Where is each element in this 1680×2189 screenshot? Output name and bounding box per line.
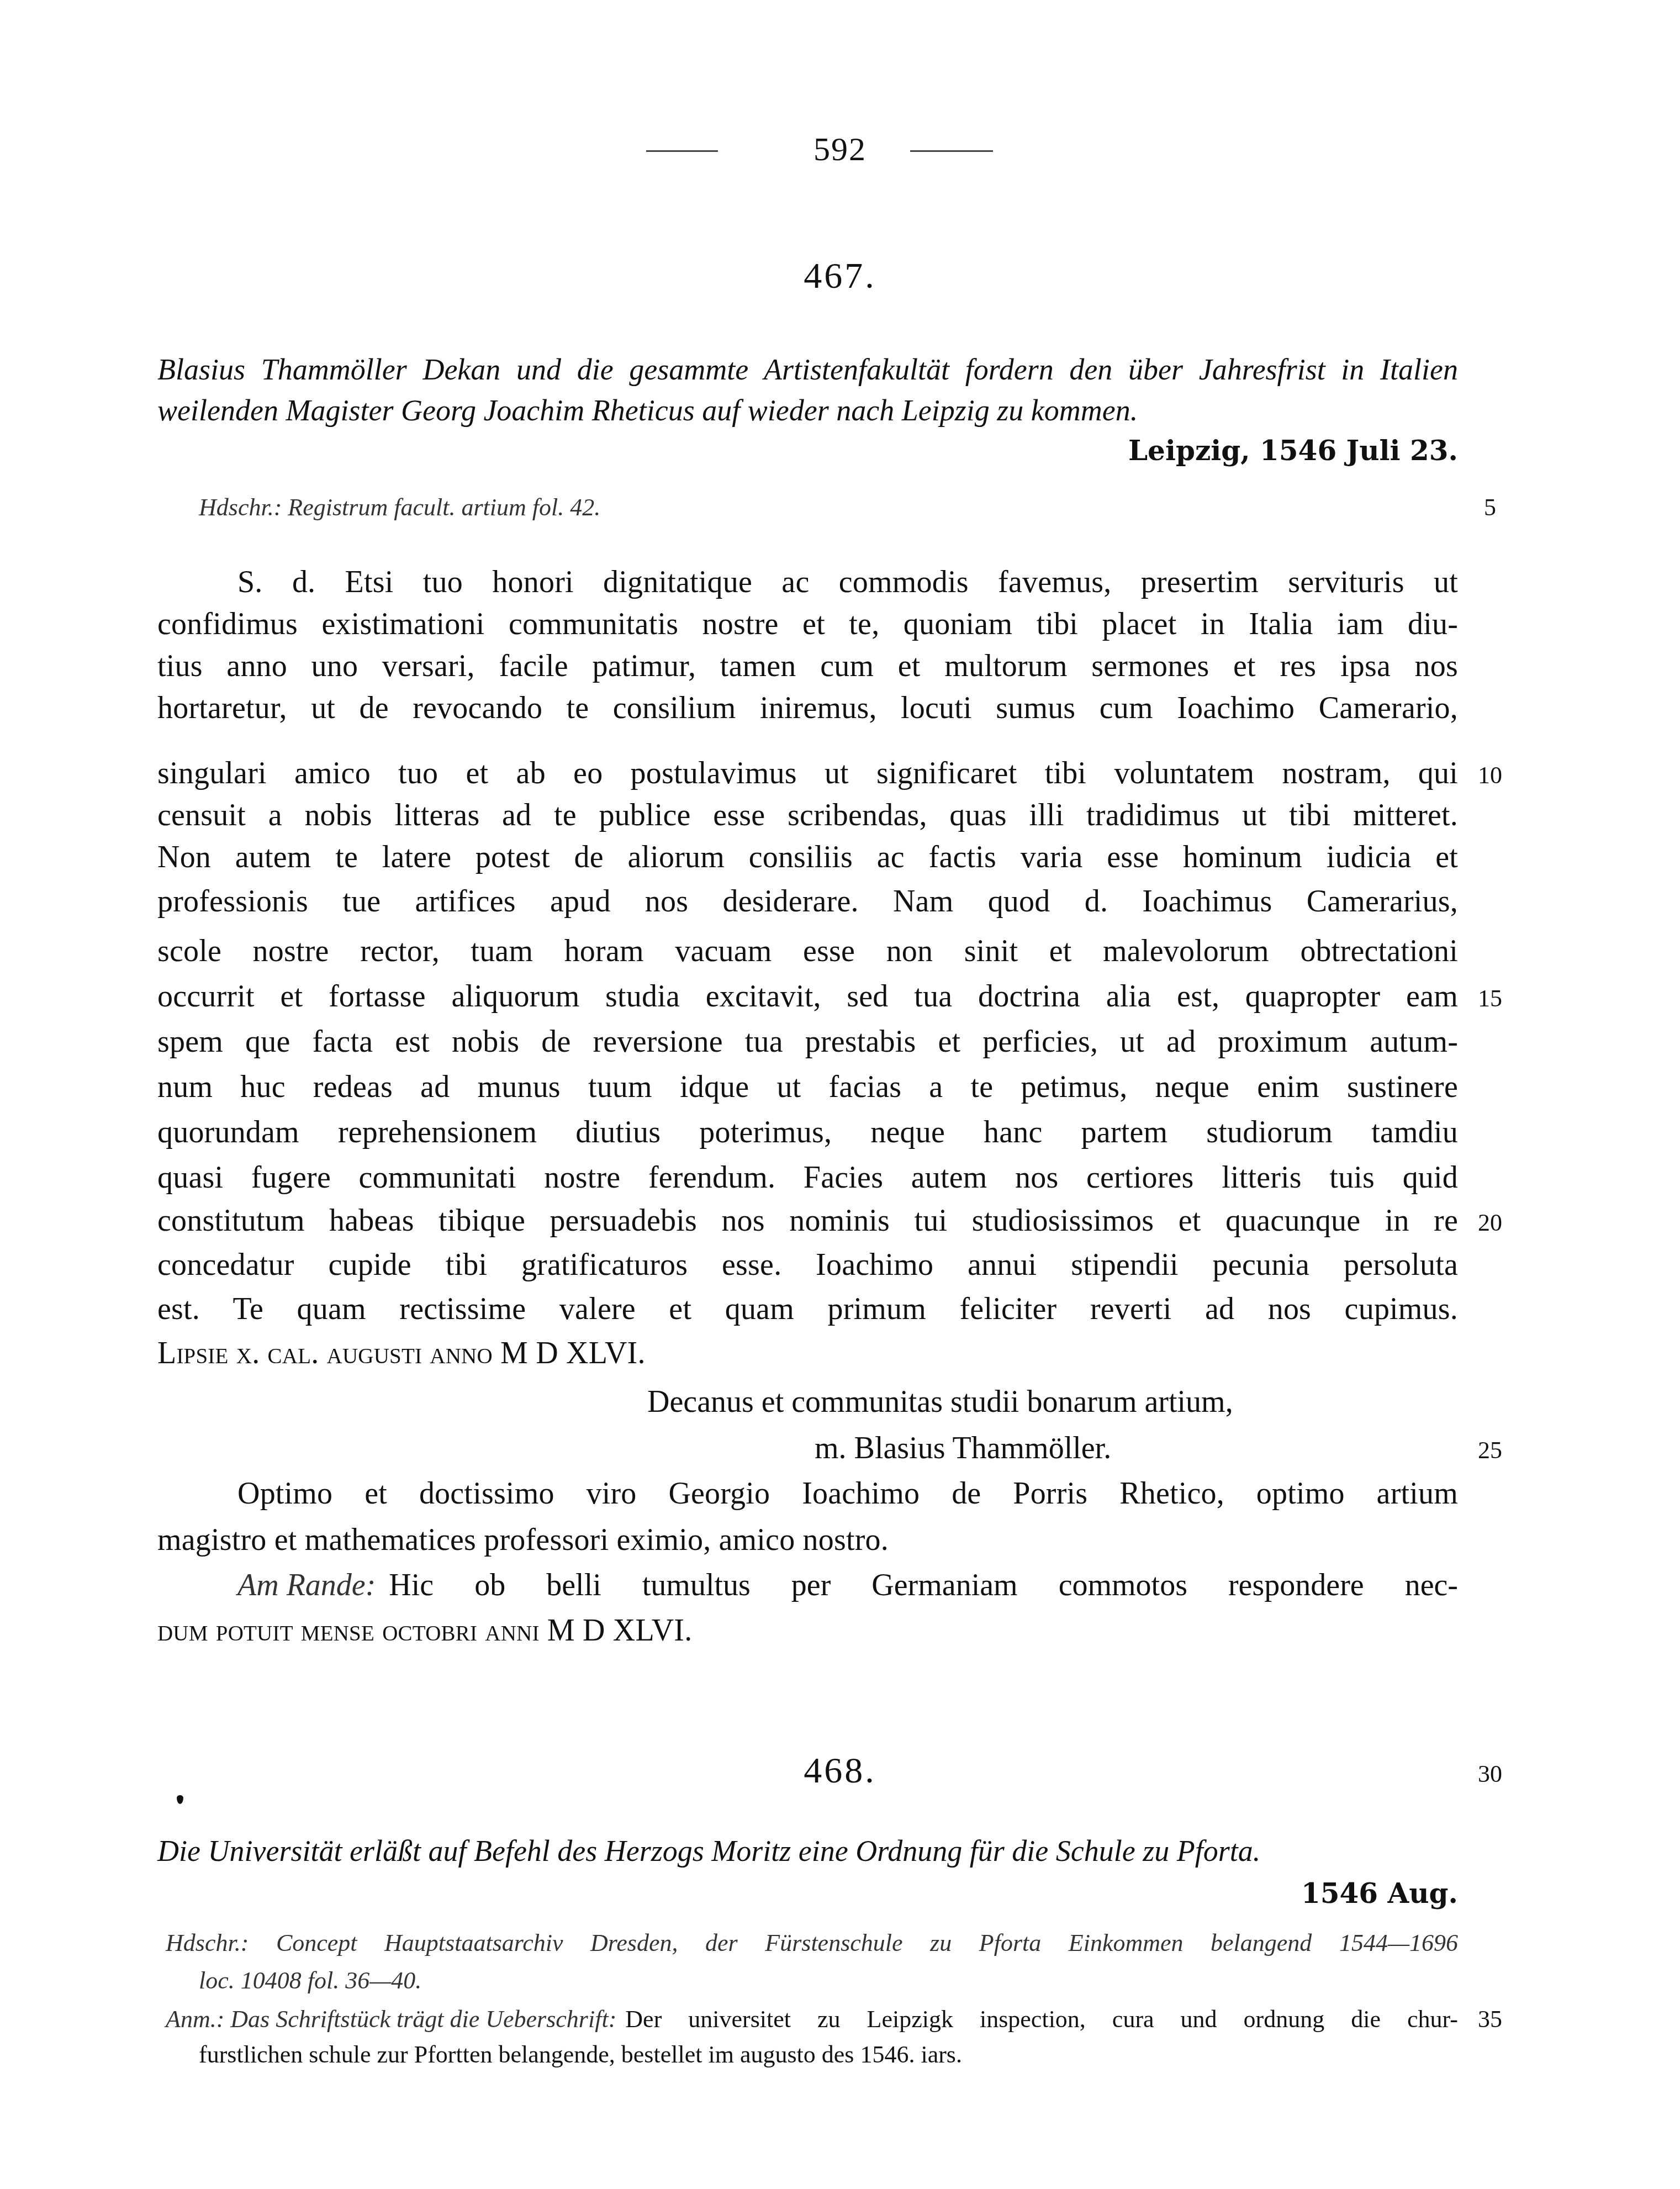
- body-line: occurrit et fortasse aliquorum studia ex…: [157, 979, 1458, 1014]
- document-date: Leipzig, 1546 Juli 23.: [1128, 434, 1458, 467]
- body-line: spem que facta est nobis de reversione t…: [157, 1024, 1458, 1059]
- body-line: quasi fugere communitati nostre ferendum…: [157, 1160, 1458, 1195]
- body-line: est. Te quam rectissime valere et quam p…: [157, 1291, 1458, 1327]
- body-line: censuit a nobis litteras ad te publice e…: [157, 798, 1458, 833]
- annotation-label: Anm.: Das Schriftstück trägt die Uebersc…: [166, 2005, 616, 2033]
- annotation-line: Anm.: Das Schriftstück trägt die Uebersc…: [166, 2005, 1458, 2033]
- margin-note-label: Am Rande:: [237, 1568, 376, 1603]
- body-line-dating: Lipsie x. cal. augusti anno M D XLVI.: [157, 1336, 1458, 1371]
- body-line: num huc redeas ad munus tuum idque ut fa…: [157, 1069, 1458, 1105]
- body-line: hortaretur, ut de revocando te consilium…: [157, 690, 1458, 726]
- ink-speck: [177, 1795, 183, 1804]
- annotation-text: Der universitet zu Leipzigk inspection, …: [625, 2005, 1458, 2033]
- address-line: Optimo et doctissimo viro Georgio Ioachi…: [237, 1476, 1458, 1511]
- margin-note-text: dum potuit mense octobri anni M D XLVI.: [157, 1613, 1458, 1648]
- margin-line-number: 5: [1473, 493, 1507, 521]
- address-line: magistro et mathematices professori exim…: [157, 1522, 1458, 1558]
- header-rule-right: [910, 150, 993, 152]
- body-line: Non autem te latere potest de aliorum co…: [157, 840, 1458, 875]
- margin-line-number: 25: [1473, 1436, 1507, 1464]
- margin-line-number: 30: [1473, 1760, 1507, 1788]
- body-line: concedatur cupide tibi gratificaturos es…: [157, 1247, 1458, 1283]
- body-line: professionis tue artifices apud nos desi…: [157, 884, 1458, 919]
- document-date: 1546 Aug.: [1301, 1877, 1458, 1910]
- body-line: constitutum habeas tibique persuadebis n…: [157, 1203, 1458, 1238]
- document-summary-line: Die Universität erläßt auf Befehl des He…: [157, 1834, 1260, 1868]
- body-line: confidimus existimationi communitatis no…: [157, 606, 1458, 642]
- document-number: 468.: [0, 1750, 1680, 1792]
- body-line: tius anno uno versari, facile patimur, t…: [157, 648, 1458, 684]
- margin-line-number: 15: [1473, 984, 1507, 1012]
- margin-note-line: Am Rande: Hic ob belli tumultus per Germ…: [237, 1568, 1458, 1603]
- annotation-text: furstlichen schule zur Pfortten belangen…: [199, 2040, 962, 2069]
- margin-line-number: 35: [1473, 2005, 1507, 2033]
- body-line: S. d. Etsi tuo honori dignitatique ac co…: [237, 565, 1458, 600]
- body-line: scole nostre rector, tuam horam vacuam e…: [157, 933, 1458, 969]
- margin-line-number: 20: [1473, 1209, 1507, 1237]
- document-number: 467.: [0, 255, 1680, 297]
- signature-name: m. Blasius Thammöller.: [815, 1431, 1111, 1466]
- manuscript-source: loc. 10408 fol. 36—40.: [199, 1966, 421, 1995]
- margin-line-number: 10: [1473, 761, 1507, 789]
- manuscript-source: Hdschr.: Concept Hauptstaatsarchiv Dresd…: [166, 1929, 1458, 1957]
- page-number: 592: [0, 130, 1680, 168]
- body-line: quorundam reprehensionem diutius poterim…: [157, 1115, 1458, 1150]
- manuscript-source: Hdschr.: Registrum facult. artium fol. 4…: [199, 493, 600, 521]
- margin-note-text: Hic ob belli tumultus per Germaniam comm…: [389, 1568, 1458, 1603]
- body-line: singulari amico tuo et ab eo postulavimu…: [157, 756, 1458, 791]
- document-summary-line: Blasius Thammöller Dekan und die gesammt…: [157, 352, 1458, 387]
- signature-line: Decanus et communitas studii bonarum art…: [647, 1384, 1233, 1420]
- document-summary-line: weilenden Magister Georg Joachim Rheticu…: [157, 393, 1458, 428]
